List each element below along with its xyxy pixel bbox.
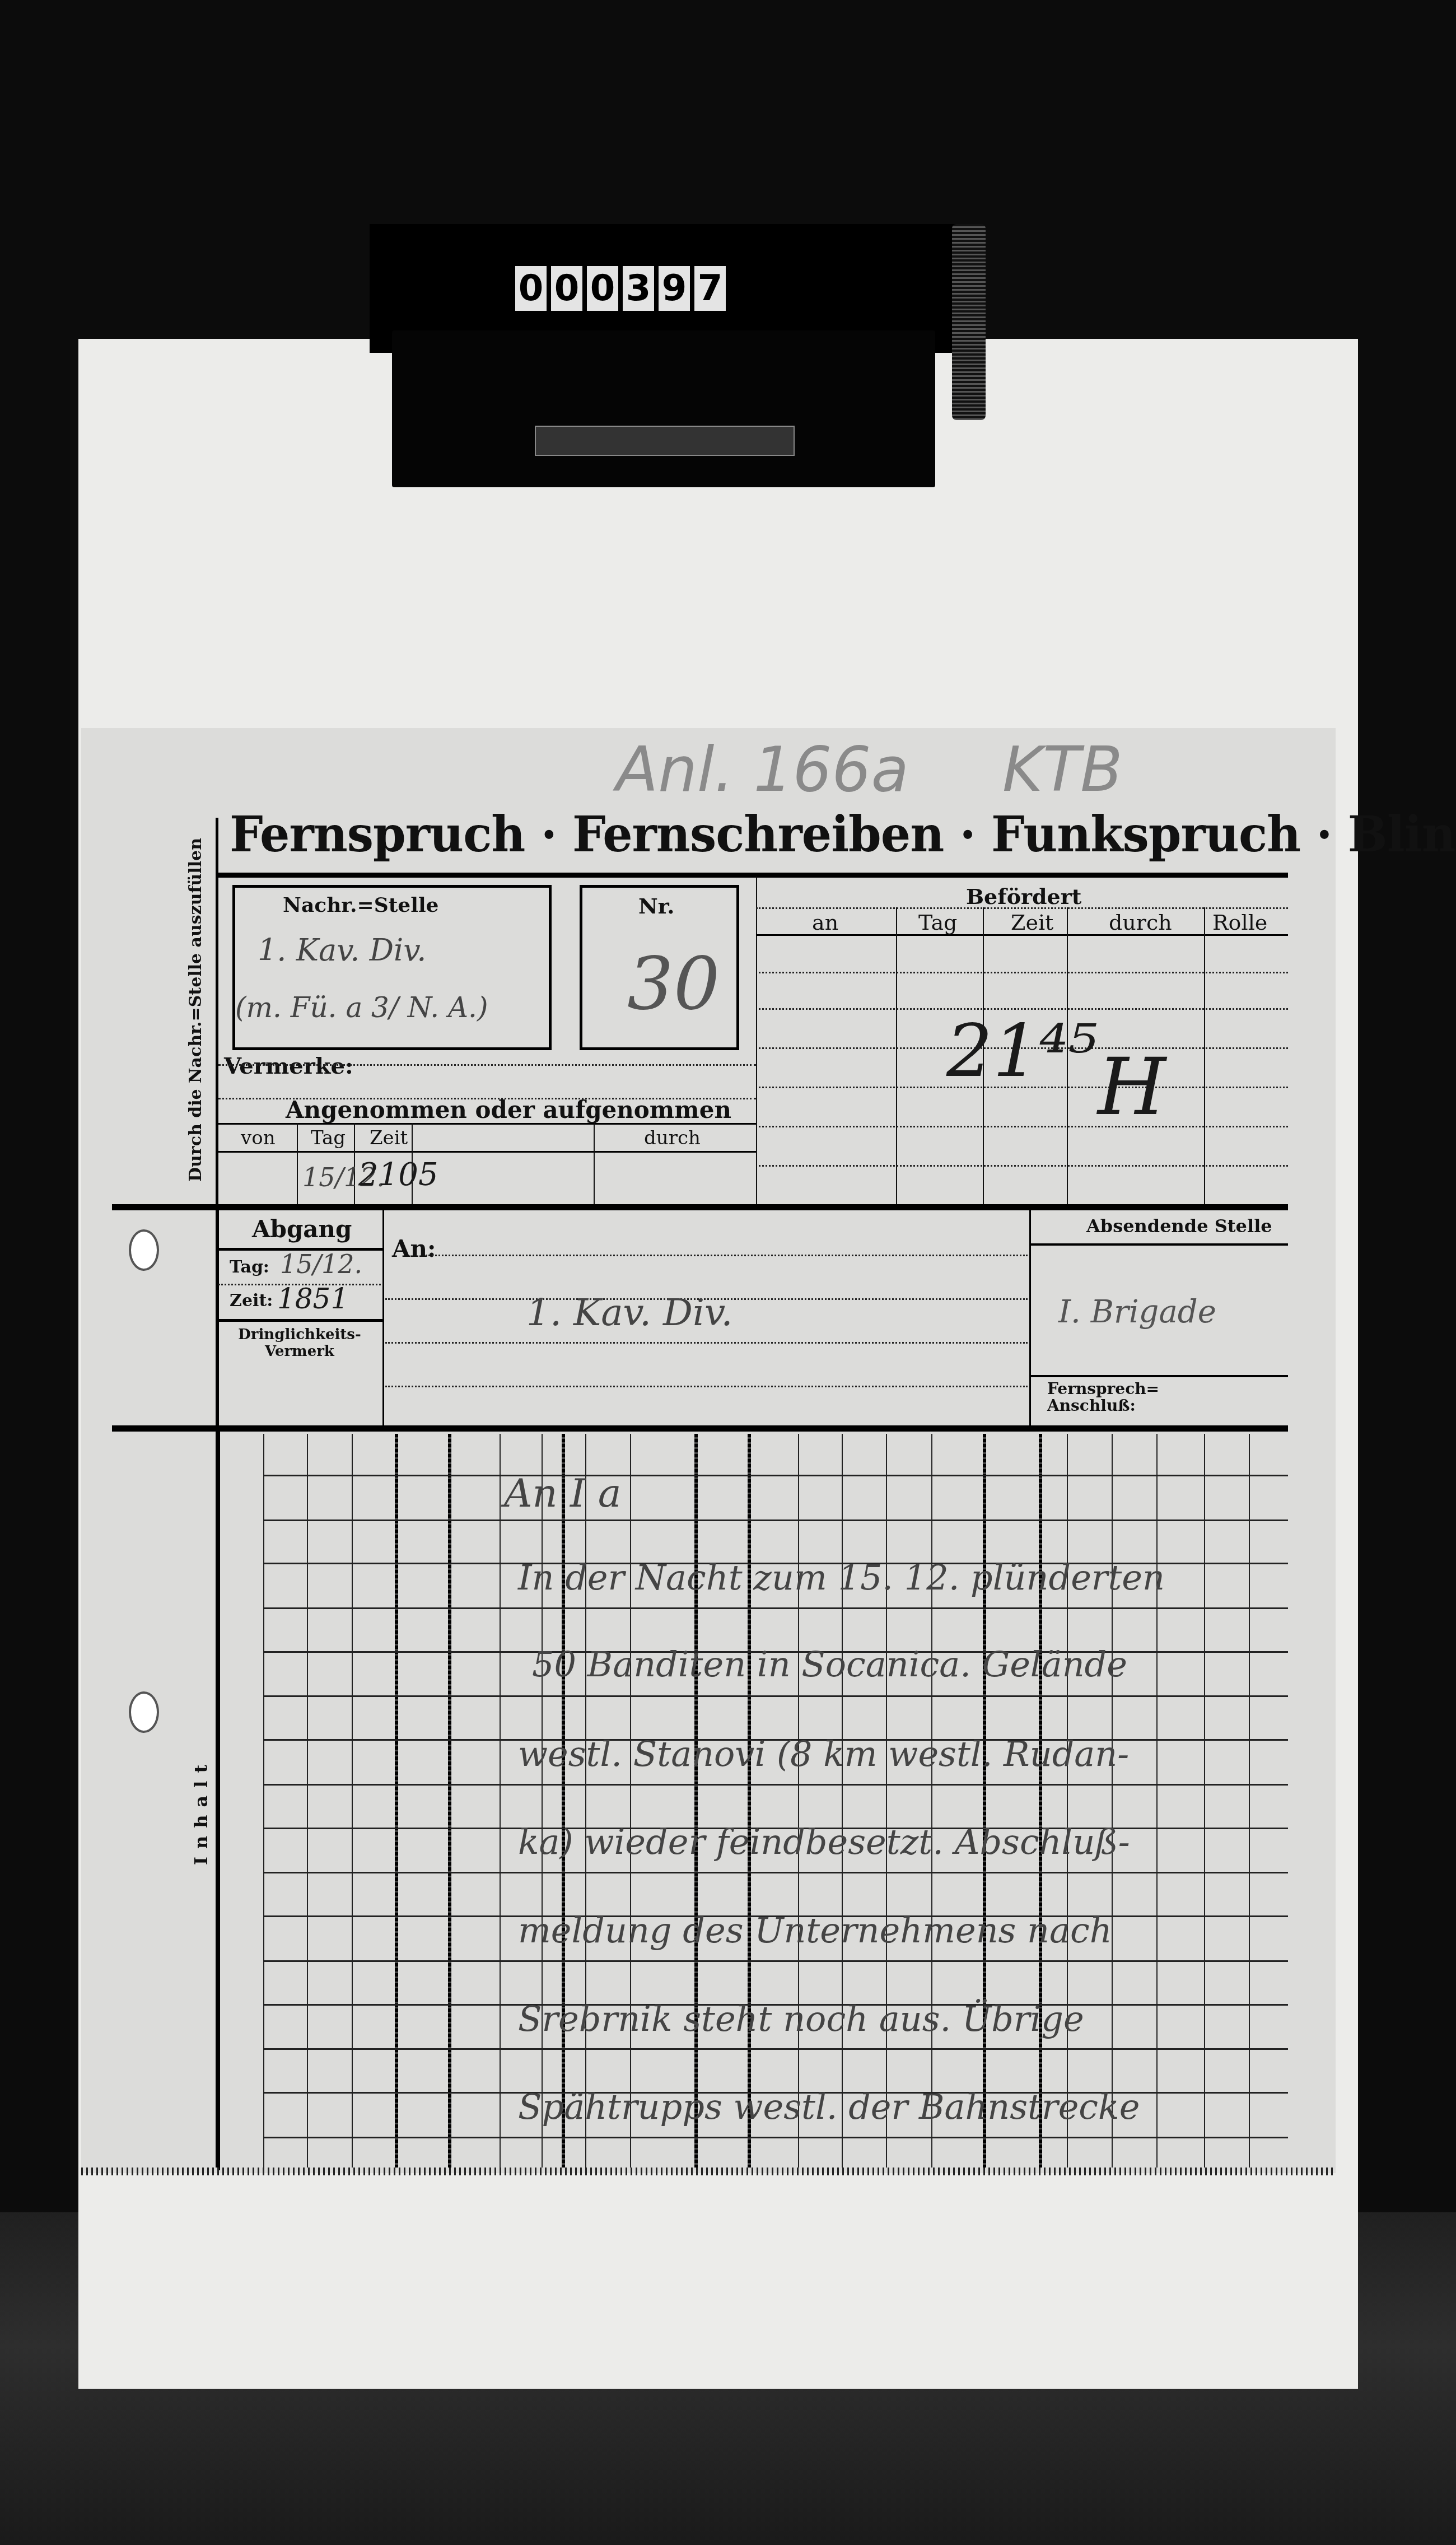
message-line[interactable]: Srebrnik steht noch aus. Übrige (518, 1998, 1084, 2039)
abgang-rule (218, 1319, 382, 1322)
pencil-annotation-ktb: KTB (1002, 734, 1123, 805)
absendende-rule (1030, 1375, 1288, 1377)
befoerdert-title: Befördert (966, 884, 1081, 909)
col-divider (1204, 907, 1205, 1204)
message-line[interactable]: Spähtrupps westl. der Bahnstrecke (518, 2086, 1140, 2127)
an-label: An: (392, 1235, 436, 1262)
dringlichkeit-label: Dringlichkeits-Vermerk (224, 1326, 375, 1360)
section-rule (112, 1425, 1288, 1432)
frame-counter-body (392, 330, 935, 487)
vermerke-label: Vermerke: (224, 1053, 353, 1079)
fernsprech-label: Fernsprech= Anschluß: (1047, 1381, 1159, 1414)
counter-wheel (952, 224, 986, 420)
punch-hole (129, 1691, 159, 1733)
befoerdert-col-durch: durch (1109, 910, 1172, 935)
message-line[interactable]: meldung des Unternehmens nach (518, 1910, 1112, 1951)
message-line[interactable]: westl. Stanovi (8 km westl. Rudan- (518, 1733, 1129, 1774)
counter-digit: 3 (623, 266, 654, 311)
grid-column-line (1249, 1434, 1250, 2168)
grid-row-line (263, 1607, 1288, 1609)
grid-column-line (886, 1434, 887, 2168)
abgang-zeit-value[interactable]: 1851 (277, 1283, 348, 1315)
angenommen-header-rule (218, 1123, 756, 1125)
befoerdert-row-line (759, 1126, 1288, 1127)
abgang-zeit-label: Zeit: (230, 1291, 273, 1311)
grid-row-line (263, 1784, 1288, 1786)
side-instruction: Durch die Nachr.=Stelle auszufüllen (186, 838, 206, 1182)
angenommen-sub-rule (218, 1151, 756, 1153)
punch-hole (129, 1229, 159, 1271)
grid-column-line (798, 1434, 799, 2168)
pencil-annotation-ref: Anl. 166a (616, 734, 909, 805)
counter-digit: 7 (694, 266, 726, 311)
form-title: Fernspruch · Fernschreiben · Funkspruch … (230, 805, 1288, 864)
inhalt-label: Inhalt (190, 1757, 212, 1865)
grid-column-line (1156, 1434, 1158, 2168)
grid-row-line (263, 1960, 1288, 1962)
counter-label-plate (535, 426, 795, 456)
col-divider (297, 1123, 298, 1204)
nachr-stelle-note[interactable]: (m. Fü. a 3/ N. A.) (235, 991, 488, 1024)
counter-digit: 0 (587, 266, 618, 311)
befoerdert-zeit-value[interactable]: 21⁴⁵ (946, 1008, 1098, 1093)
abgang-tag-label: Tag: (230, 1257, 269, 1277)
befoerdert-col-tag: Tag (918, 910, 957, 935)
grid-word-divider (748, 1434, 751, 2168)
an-line (426, 1255, 1028, 1256)
vermerke-line (218, 1064, 756, 1066)
grid-column-line (307, 1434, 308, 2168)
angenommen-col-durch: durch (644, 1127, 701, 1149)
col-divider (896, 907, 897, 1204)
angenommen-col-zeit: Zeit (370, 1127, 408, 1149)
grid-column-line (542, 1434, 543, 2168)
message-line[interactable]: ka) wieder feindbesetzt. Abschluß- (518, 1821, 1130, 1862)
grid-word-divider (448, 1434, 451, 2168)
grid-row-line (263, 1695, 1288, 1697)
an-line (385, 1342, 1028, 1344)
section-rule (112, 1204, 1288, 1210)
absendende-stelle-value[interactable]: I. Brigade (1058, 1294, 1216, 1330)
angenommen-col-von: von (241, 1127, 276, 1149)
nachr-stelle-value[interactable]: 1. Kav. Div. (258, 933, 426, 968)
befoerdert-col-an: an (812, 910, 838, 935)
grid-word-divider (694, 1434, 698, 2168)
grid-row-line (263, 1475, 1288, 1476)
col-divider (594, 1123, 595, 1204)
absendende-rule (1030, 1243, 1288, 1246)
befoerdert-row-line (759, 1165, 1288, 1167)
grid-column-line (630, 1434, 631, 2168)
grid-column-line (263, 1434, 264, 2168)
grid-column-line (352, 1434, 353, 2168)
grid-row-line (263, 2137, 1288, 2138)
grid-column-line (1067, 1434, 1068, 2168)
counter-digit: 0 (551, 266, 582, 311)
angenommen-zeit-value[interactable]: 2105 (358, 1157, 438, 1193)
perforated-edge (81, 2168, 1336, 2175)
abgang-title: Abgang (252, 1215, 352, 1243)
grid-word-divider (983, 1434, 986, 2168)
nachr-stelle-label: Nachr.=Stelle (283, 893, 438, 917)
angenommen-title: Angenommen oder aufgenommen (286, 1096, 731, 1124)
message-line[interactable]: In der Nacht zum 15. 12. plünderten (518, 1557, 1165, 1598)
grid-column-line (1112, 1434, 1113, 2168)
counter-digit: 0 (515, 266, 547, 311)
grid-column-line (842, 1434, 843, 2168)
grid-word-divider (1039, 1434, 1042, 2168)
grid-left-border (217, 1431, 220, 2170)
an-line (385, 1386, 1028, 1387)
abgang-right-border (382, 1210, 384, 1431)
grid-row-line (263, 1519, 1288, 1521)
befoerdert-header-line (756, 907, 1288, 909)
frame-counter: 0 0 0 3 9 7 (515, 266, 726, 311)
angenommen-col-tag: Tag (311, 1127, 346, 1149)
befoerdert-col-rolle: Rolle (1212, 910, 1267, 935)
grid-word-divider (562, 1434, 565, 2168)
counter-digit: 9 (659, 266, 690, 311)
message-line[interactable]: An I a (504, 1470, 622, 1516)
nr-label: Nr. (638, 893, 675, 919)
befoerdert-left-border (756, 877, 757, 1204)
nr-value[interactable]: 30 (627, 941, 720, 1026)
befoerdert-row-line (759, 972, 1288, 973)
an-value[interactable]: 1. Kav. Div. (526, 1291, 732, 1334)
title-rule (216, 873, 1288, 878)
grid-column-line (500, 1434, 501, 2168)
grid-column-line (1204, 1434, 1205, 2168)
grid-word-divider (395, 1434, 398, 2168)
befoerdert-durch-value[interactable]: H (1098, 1042, 1166, 1133)
grid-column-line (585, 1434, 586, 2168)
message-line[interactable]: 50 Banditen in Socanica. Gelände (532, 1644, 1127, 1685)
grid-column-line (931, 1434, 932, 2168)
befoerdert-col-zeit: Zeit (1011, 910, 1053, 935)
grid-row-line (263, 2048, 1288, 2050)
absendende-stelle-label: Absendende Stelle (1086, 1215, 1272, 1237)
abgang-tag-value[interactable]: 15/12. (280, 1249, 362, 1279)
grid-row-line (263, 1872, 1288, 1873)
